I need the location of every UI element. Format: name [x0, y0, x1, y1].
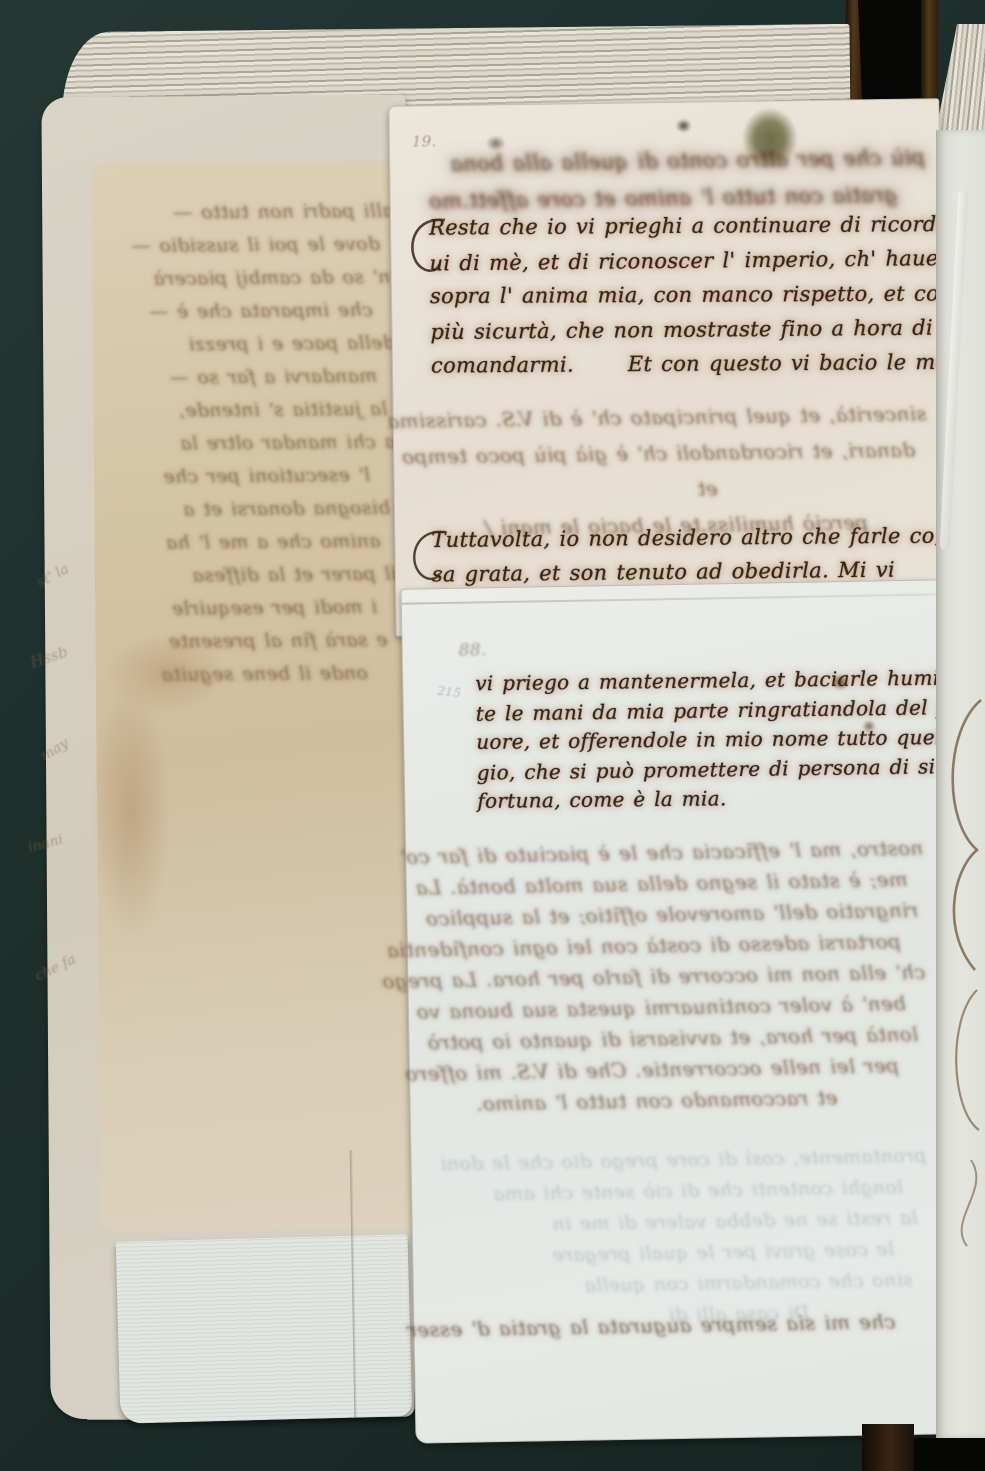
ink-stain [676, 119, 692, 133]
manuscript-line: più sicurtà, che non mostraste fino a ho… [430, 310, 931, 349]
facing-page-strip [936, 130, 985, 1438]
bleedthrough-line: animo che a me l' ha [103, 525, 397, 561]
bleedthrough-line: la justitia s' intende, [101, 393, 395, 429]
laid-paper-sheet [116, 1234, 413, 1424]
sheet-edge-line [402, 593, 943, 604]
binding-post-right [921, 0, 938, 100]
manuscript-photo: alli padri non tutto — dove le poi il su… [0, 0, 985, 1471]
bleedthrough-line: della pace e i prezzi [101, 327, 395, 363]
manuscript-line: sopra l' anima mia, con manco rispetto, … [430, 277, 931, 314]
manuscript-line: Resta che io vi prieghi a continuare di … [429, 207, 930, 245]
manuscript-line: ui di mè, et di riconoscer l' imperio, c… [429, 241, 930, 281]
fold-highlight [940, 190, 969, 550]
letter-page-1: 19. più che per altro conto di quella al… [388, 98, 946, 637]
letter-body-block: vi priego a mantenermela, et baciarle hu… [475, 662, 939, 818]
underlay-leaf: alli padri non tutto — dove le poi il su… [91, 161, 412, 1232]
letter-page-2: 88. 215 vi priego a mantenermela, et bac… [401, 579, 959, 1443]
folio-number: 88. [458, 640, 486, 660]
bleedthrough-line: i modi per esequirle [103, 591, 397, 627]
bleedthrough-line: a chi mandar oltre la [102, 426, 396, 462]
bleedthrough-line: che imparata che è — [101, 294, 395, 330]
bleedthrough-line: alli padri non tutto — [100, 195, 394, 231]
bleedthrough-line: bisogna donarsi et a [102, 492, 396, 528]
underlay-bleedthrough-block: alli padri non tutto — dove le poi il su… [100, 195, 398, 693]
binding-post-bottom [862, 1424, 914, 1471]
manuscript-line: comandarmi. Et con questo vi bacio le ma… [431, 345, 932, 383]
bleedthrough-line: l' esecutioni per che [102, 459, 396, 495]
manuscript-line: Tuttavolta, io non desidero altro che fa… [431, 519, 934, 557]
bleedthrough-line: dove le poi il sussidio — [100, 228, 394, 264]
pen-flourish-icon [937, 690, 985, 1250]
bleedthrough-line: il parer et la diffesa [103, 558, 397, 594]
manuscript-line: fortuna, come è la mia. [477, 782, 938, 816]
archive-mark: 215 [437, 684, 462, 701]
letter-body-block: Resta che io vi prieghi a continuare di … [429, 205, 932, 384]
paper-stain [90, 683, 172, 944]
bleedthrough-mid-block: nostro, ma l' efficacia che le è piaciut… [424, 833, 928, 1121]
bleedthrough-line: mandarvi a far so — [101, 360, 395, 396]
bleedthrough-faint-block: prontamente, così di core prego dio che … [433, 1141, 929, 1336]
bleedthrough-line: n' so da cambij piacerà [100, 261, 394, 297]
binding-gap-bottom [914, 1438, 985, 1471]
